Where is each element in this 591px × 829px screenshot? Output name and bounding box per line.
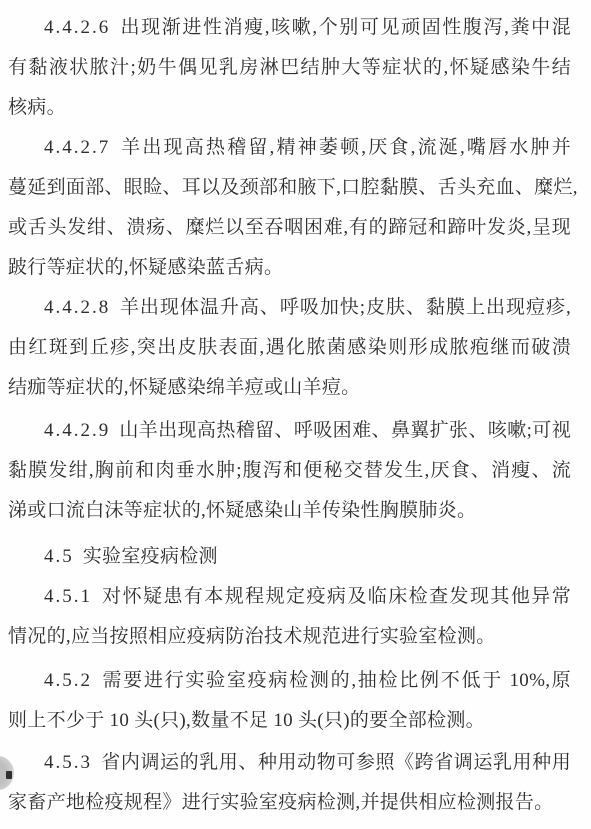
text-line: 则上不少于 10 头(只),数量不足 10 头(只)的要全部检测。	[8, 701, 571, 741]
section-number: 4.4.2.9	[44, 420, 110, 441]
paragraph-4-5-1: 4.5.1对怀疑患有本规程规定疫病及临床检查发现其他异常 情况的,应当按照相应疫…	[8, 577, 571, 657]
section-number: 4.4.2.7	[44, 137, 110, 158]
section-number: 4.5.1	[44, 586, 92, 607]
section-number: 4.4.2.8	[44, 297, 110, 318]
text-line: 结痂等症状的,怀疑感染绵羊痘或山羊痘。	[8, 368, 571, 408]
paragraph-4-4-2-6: 4.4.2.6出现渐进性消瘦,咳嗽,个别可见顽固性腹泻,粪中混 有黏液状脓汁;奶…	[8, 8, 571, 128]
text-line: 4.5.2需要进行实验室疫病检测的,抽检比例不低于 10%,原	[8, 661, 571, 701]
scan-artifact-mark	[6, 771, 12, 779]
text-line: 4.5实验室疫病检测	[8, 537, 571, 577]
text-line-content: 羊出现高热稽留,精神萎顿,厌食,流涎,嘴唇水肿并	[119, 137, 571, 158]
text-line: 4.5.1对怀疑患有本规程规定疫病及临床检查发现其他异常	[8, 577, 571, 617]
text-line-content: 需要进行实验室疫病检测的,抽检比例不低于 10%,原	[101, 670, 571, 691]
text-line: 4.4.2.9山羊出现高热稽留、呼吸困难、鼻翼扩张、咳嗽;可视	[8, 411, 571, 451]
text-line: 4.4.2.7羊出现高热稽留,精神萎顿,厌食,流涎,嘴唇水肿并	[8, 128, 571, 168]
text-line: 4.4.2.8羊出现体温升高、呼吸加快;皮肤、黏膜上出现痘疹,	[8, 288, 571, 328]
text-line: 由红斑到丘疹,突出皮肤表面,遇化脓菌感染则形成脓疱继而破溃	[8, 328, 571, 368]
document-text-block: 4.4.2.6出现渐进性消瘦,咳嗽,个别可见顽固性腹泻,粪中混 有黏液状脓汁;奶…	[8, 8, 571, 823]
paragraph-4-4-2-8: 4.4.2.8羊出现体温升高、呼吸加快;皮肤、黏膜上出现痘疹, 由红斑到丘疹,突…	[8, 288, 571, 408]
section-number: 4.5.2	[44, 670, 92, 691]
text-line-content: 羊出现体温升高、呼吸加快;皮肤、黏膜上出现痘疹,	[119, 297, 571, 318]
text-line: 有黏液状脓汁;奶牛偶见乳房淋巴结肿大等症状的,怀疑感染牛结	[8, 48, 571, 88]
heading-4-5: 4.5实验室疫病检测	[8, 537, 571, 577]
text-line-content: 出现渐进性消瘦,咳嗽,个别可见顽固性腹泻,粪中混	[119, 17, 571, 38]
text-line-content: 山羊出现高热稽留、呼吸困难、鼻翼扩张、咳嗽;可视	[119, 420, 571, 441]
paragraph-4-5-2: 4.5.2需要进行实验室疫病检测的,抽检比例不低于 10%,原 则上不少于 10…	[8, 661, 571, 741]
text-line: 情况的,应当按照相应疫病防治技术规范进行实验室检测。	[8, 617, 571, 657]
text-line: 4.4.2.6出现渐进性消瘦,咳嗽,个别可见顽固性腹泻,粪中混	[8, 8, 571, 48]
text-line: 黏膜发绀,胸前和肉垂水肿;腹泻和便秘交替发生,厌食、消瘦、流	[8, 451, 571, 491]
text-line-content: 省内调运的乳用、种用动物可参照《跨省调运乳用种用	[101, 752, 571, 773]
text-line: 跛行等症状的,怀疑感染蓝舌病。	[8, 248, 571, 288]
text-line: 蔓延到面部、眼睑、耳以及颈部和腋下,口腔黏膜、舌头充血、糜烂,	[8, 168, 571, 208]
paragraph-4-4-2-9: 4.4.2.9山羊出现高热稽留、呼吸困难、鼻翼扩张、咳嗽;可视 黏膜发绀,胸前和…	[8, 411, 571, 531]
heading-title: 实验室疫病检测	[83, 546, 218, 567]
text-line-content: 对怀疑患有本规程规定疫病及临床检查发现其他异常	[101, 586, 571, 607]
text-line: 4.5.3省内调运的乳用、种用动物可参照《跨省调运乳用种用	[8, 743, 571, 783]
text-line: 核病。	[8, 88, 571, 128]
text-line: 家畜产地检疫规程》进行实验室疫病检测,并提供相应检测报告。	[8, 783, 571, 823]
section-number: 4.4.2.6	[44, 17, 110, 38]
text-line: 涕或口流白沫等症状的,怀疑感染山羊传染性胸膜肺炎。	[8, 491, 571, 531]
document-page: 4.4.2.6出现渐进性消瘦,咳嗽,个别可见顽固性腹泻,粪中混 有黏液状脓汁;奶…	[0, 0, 591, 829]
paragraph-4-5-3: 4.5.3省内调运的乳用、种用动物可参照《跨省调运乳用种用 家畜产地检疫规程》进…	[8, 743, 571, 823]
section-number: 4.5.3	[44, 752, 92, 773]
section-number: 4.5	[44, 546, 74, 567]
paragraph-4-4-2-7: 4.4.2.7羊出现高热稽留,精神萎顿,厌食,流涎,嘴唇水肿并 蔓延到面部、眼睑…	[8, 128, 571, 288]
text-line: 或舌头发绀、溃疡、糜烂以至吞咽困难,有的蹄冠和蹄叶发炎,呈现	[8, 208, 571, 248]
